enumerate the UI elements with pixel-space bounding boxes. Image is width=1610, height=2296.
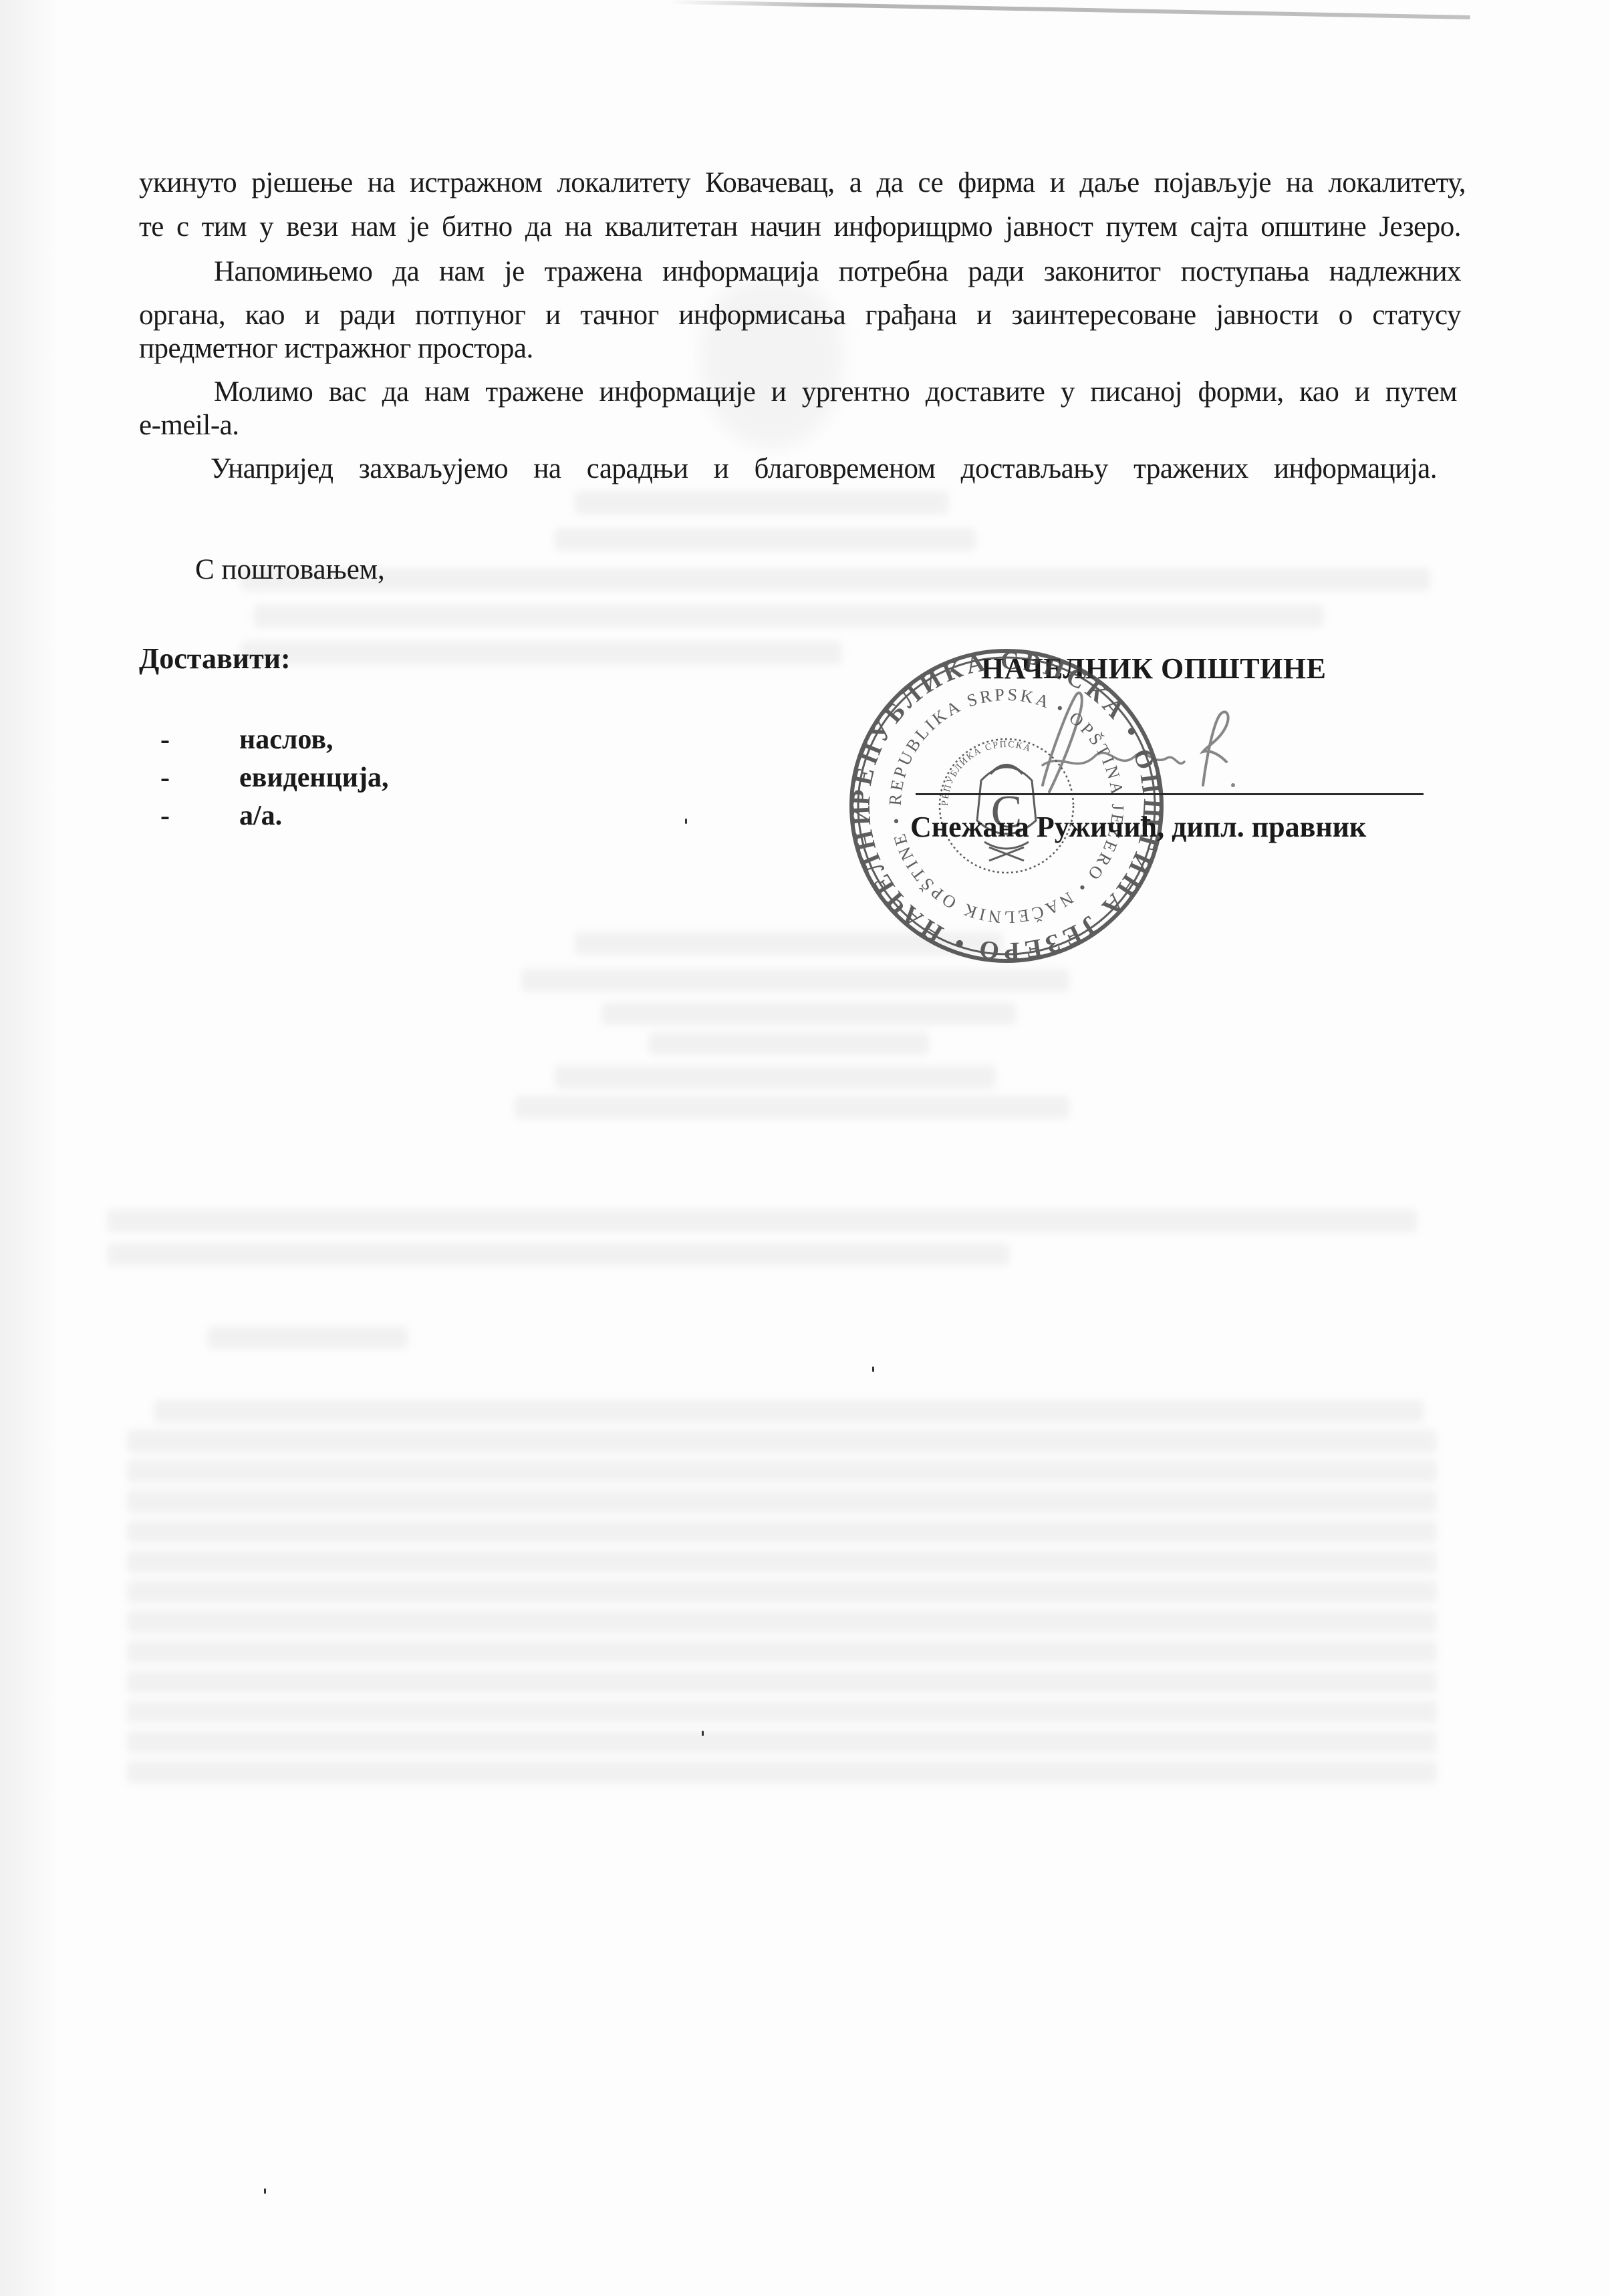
scan-speck [264, 2188, 266, 2194]
scan-edge-shadow [0, 0, 60, 2296]
body-line-5: предметног истражног простора. [139, 334, 533, 363]
closing-salutation: С поштовањем, [195, 553, 385, 586]
body-line-8: Унапријед захваљујемо на сарадњи и благо… [211, 454, 1437, 483]
body-line-4: органа, као и ради потпуног и тачног инф… [139, 301, 1461, 329]
distribution-item: - евиденција, [160, 758, 389, 797]
distribution-list: - наслов, - евиденција, - а/а. [160, 720, 389, 835]
body-line-1: укинуто рјешење на истражном локалитету … [139, 168, 1466, 197]
distribution-item: - а/а. [160, 797, 389, 835]
list-bullet: - [160, 800, 239, 832]
handwritten-signature-icon [1002, 685, 1256, 805]
list-bullet: - [160, 762, 239, 794]
body-line-3: Напомињемо да нам је тражена информација… [214, 257, 1461, 286]
distribution-item: - наслов, [160, 720, 389, 758]
scan-speck [685, 819, 687, 824]
paper-fold-line [668, 0, 1470, 19]
list-bullet: - [160, 724, 239, 756]
signature-line [916, 793, 1424, 795]
scanned-letter-page: укинуто рјешење на истражном локалитету … [0, 0, 1610, 2296]
body-line-7: e-meil-a. [139, 411, 239, 440]
body-line-6: Молимо вас да нам тражене информације и … [214, 378, 1457, 406]
signatory-name: Снежана Ружичић, дипл. правник [910, 810, 1366, 844]
distribution-label: Доставити: [139, 641, 291, 676]
body-line-2: те с тим у вези нам је битно да на квали… [139, 212, 1461, 241]
scan-speck [702, 1731, 704, 1736]
scan-speck [872, 1367, 874, 1372]
